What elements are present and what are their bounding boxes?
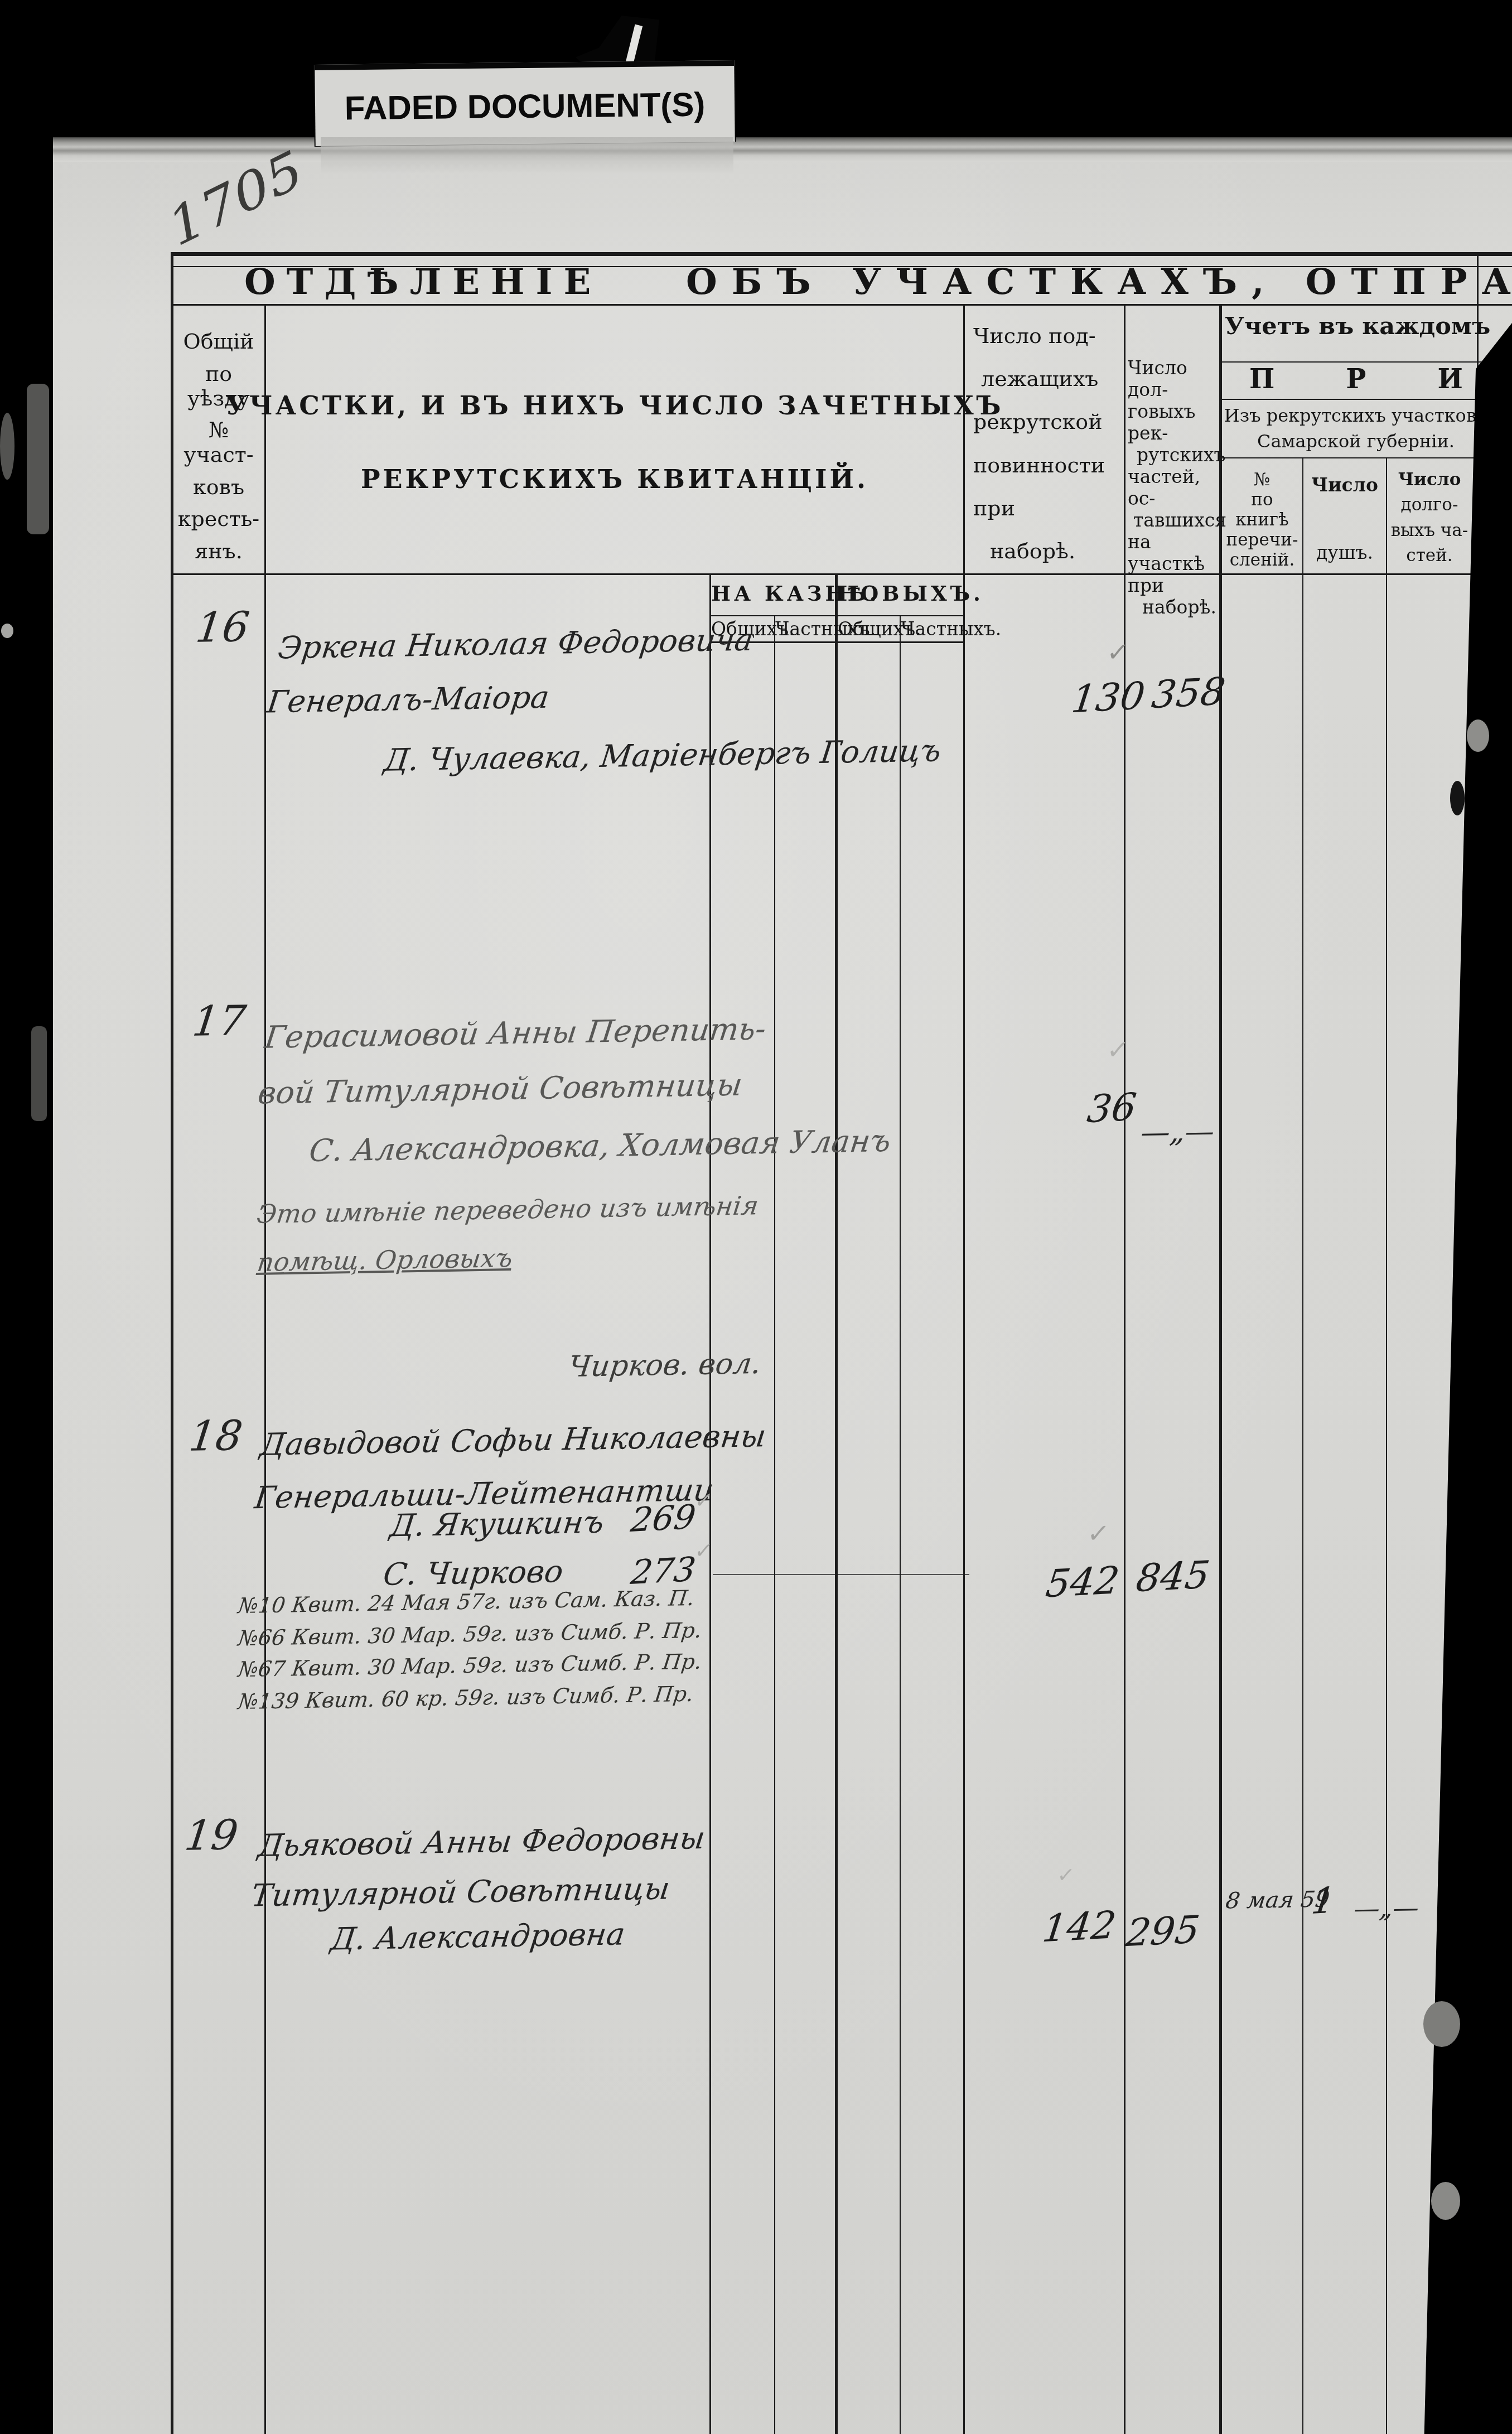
column-header-book-no: № по книгѣ перечи- сленій. — [1223, 470, 1302, 564]
column-header-obshchikh-2: Общихъ. — [838, 618, 900, 640]
owner-rank: Генералъ-Маіора — [265, 679, 551, 720]
row-number: 18 — [187, 1412, 245, 1461]
column-header-district-no: Общій по уѣзду № участ- ковъ кресть- янъ… — [174, 329, 263, 563]
header-line: при — [973, 496, 1121, 520]
place-count: 269 — [629, 1498, 698, 1540]
column-header-souls: Число душъ. — [1304, 474, 1385, 563]
faded-document-label: FADED DOCUMENT(S) — [344, 85, 705, 127]
grid-line — [1124, 304, 1125, 2434]
grid-line — [171, 252, 173, 2434]
header-line: Учетъ въ каждомъ — [1225, 312, 1490, 340]
scan-smudge — [1450, 781, 1465, 815]
header-line: Число дол- — [1128, 357, 1218, 400]
margin-paper-edge — [31, 1026, 47, 1121]
volost-heading: Чирков. вол. — [567, 1347, 763, 1384]
column-header-debt: Число дол- говыхъ рек- рутскихъ частей, … — [1128, 357, 1218, 563]
header-line: № — [1254, 470, 1270, 490]
column-header-chastnykh-2: Частныхъ. — [901, 618, 963, 640]
row-number: 17 — [190, 997, 249, 1046]
scan-smudge — [1423, 2001, 1460, 2047]
subject-count: 130 — [1069, 674, 1148, 722]
grid-line — [1302, 457, 1303, 2434]
grid-line — [1221, 361, 1512, 363]
header-line: № участ- — [174, 418, 263, 467]
grid-line — [264, 304, 266, 2434]
debt-parts-ditto: —„— — [1352, 1892, 1421, 1924]
header-line: ковъ — [193, 475, 244, 499]
column-header-kazna: НА КАЗНѢ. — [711, 581, 835, 606]
margin-paper-edge — [0, 413, 15, 480]
header-line: на участкѣ — [1128, 531, 1218, 574]
header-line: наборѣ. — [973, 539, 1121, 563]
grid-line — [173, 252, 1512, 256]
place-name: Д. Александровна — [329, 1916, 627, 1957]
grid-line — [835, 573, 838, 2434]
grid-line — [173, 573, 1512, 575]
column-group-iz: Изъ рекрутскихъ участковъ Самарской губе… — [1225, 405, 1487, 452]
debt-count: 358 — [1149, 670, 1228, 718]
header-line: тавшихся — [1128, 509, 1218, 531]
header-line: ПРИ — [1249, 364, 1512, 395]
debt-count: 295 — [1124, 1908, 1202, 1956]
margin-paper-edge — [1, 624, 13, 638]
place-name: Д. Якушкинъ — [388, 1504, 606, 1544]
header-line: кресть- — [178, 506, 259, 531]
owner-rank: Титулярной Совѣтницы — [249, 1870, 672, 1913]
column-header-debt-parts: Число долго- выхъ ча- стей. — [1388, 470, 1471, 566]
subject-count: 142 — [1040, 1904, 1119, 1952]
section-title-right: ОБЪ УЧАСТКАХЪ, ОТПРАВ — [686, 261, 1512, 303]
tab-shadow — [321, 137, 733, 174]
header-line: УЧАСТКИ, И ВЪ НИХЪ ЧИСЛО ЗАЧЕТНЫХЪ — [225, 390, 1003, 421]
column-header-novykh: НОВЫХЪ. — [838, 581, 963, 606]
header-line: долго- — [1401, 495, 1458, 515]
header-line: повинности — [973, 453, 1121, 477]
header-line: Число — [1398, 470, 1461, 490]
debt-count-ditto: —„— — [1139, 1115, 1216, 1150]
header-line: по книгѣ — [1223, 490, 1302, 530]
header-line: Самарской губерніи. — [1257, 431, 1455, 452]
scan-smudge — [1467, 719, 1489, 752]
grid-line — [173, 304, 1512, 306]
header-line: выхъ ча- — [1391, 520, 1468, 540]
header-line: перечи- — [1226, 530, 1298, 550]
header-line: рекрутской — [973, 409, 1121, 434]
header-line: Частныхъ. — [901, 618, 1001, 640]
grid-line — [1219, 304, 1222, 2434]
header-line: Общій — [183, 329, 254, 354]
grid-line — [900, 615, 901, 2434]
subject-count: 542 — [1044, 1559, 1122, 1607]
column-header-chastnykh-1: Частныхъ. — [775, 618, 835, 640]
row-number: 16 — [194, 603, 252, 652]
header-line: душъ. — [1316, 542, 1373, 563]
header-line: наборѣ. — [1128, 596, 1218, 618]
header-line: НОВЫХЪ. — [838, 581, 984, 606]
column-header-subject: Число под- лежащихъ рекрутской повинност… — [973, 323, 1121, 563]
place-name: С. Чирково — [381, 1553, 566, 1592]
row-number: 19 — [182, 1811, 241, 1860]
check-mark: ✓ — [1056, 1864, 1075, 1887]
section-title: ОТДѢЛЕНІЕ ОБЪ УЧАСТКАХЪ, ОТПРАВ — [173, 258, 1512, 302]
row-note: помѣщ. Орловыхъ — [255, 1243, 514, 1277]
header-line: рутскихъ — [1128, 444, 1218, 466]
sum-line — [713, 1574, 969, 1575]
check-mark: ✓ — [1105, 637, 1131, 668]
header-line: стей. — [1406, 545, 1452, 566]
check-mark: ✓ — [1086, 1518, 1111, 1549]
subject-count: 36 — [1085, 1085, 1139, 1132]
header-line: РЕКРУТСКИХЪ КВИТАНЦІЙ. — [361, 464, 868, 494]
scan-smudge — [1431, 2182, 1460, 2220]
header-line: при — [1128, 574, 1218, 596]
header-line: Число под- — [973, 323, 1121, 348]
column-header-plots: УЧАСТКИ, И ВЪ НИХЪ ЧИСЛО ЗАЧЕТНЫХЪ РЕКРУ… — [266, 390, 963, 494]
check-mark: ✓ — [693, 1488, 714, 1513]
check-mark: ✓ — [1105, 1035, 1131, 1065]
grid-line — [1221, 399, 1512, 400]
grid-line — [1386, 457, 1387, 2434]
margin-paper-edge — [27, 384, 49, 534]
header-line: сленій. — [1230, 550, 1295, 570]
grid-line — [1221, 457, 1512, 458]
scanned-archival-document: { "meta": { "tab_label": "FADED DOCUMENT… — [0, 0, 1512, 2434]
column-group-pri: ПРИ — [1249, 364, 1489, 395]
header-line: янъ. — [195, 539, 243, 563]
column-group-uchet: Учетъ въ каждомъ — [1225, 312, 1487, 340]
grid-line — [774, 615, 775, 2434]
faded-document-tab: FADED DOCUMENT(S) — [315, 60, 735, 146]
header-line: Число — [1311, 474, 1378, 496]
header-line: частей, ос- — [1128, 466, 1218, 509]
check-mark: ✓ — [693, 1538, 714, 1563]
debt-count: 845 — [1134, 1553, 1213, 1601]
header-line: Изъ рекрутскихъ участковъ — [1224, 405, 1487, 426]
header-line: говыхъ рек- — [1128, 400, 1218, 444]
section-title-left: ОТДѢЛЕНІЕ — [244, 261, 602, 303]
header-line: лежащихъ — [973, 366, 1121, 391]
